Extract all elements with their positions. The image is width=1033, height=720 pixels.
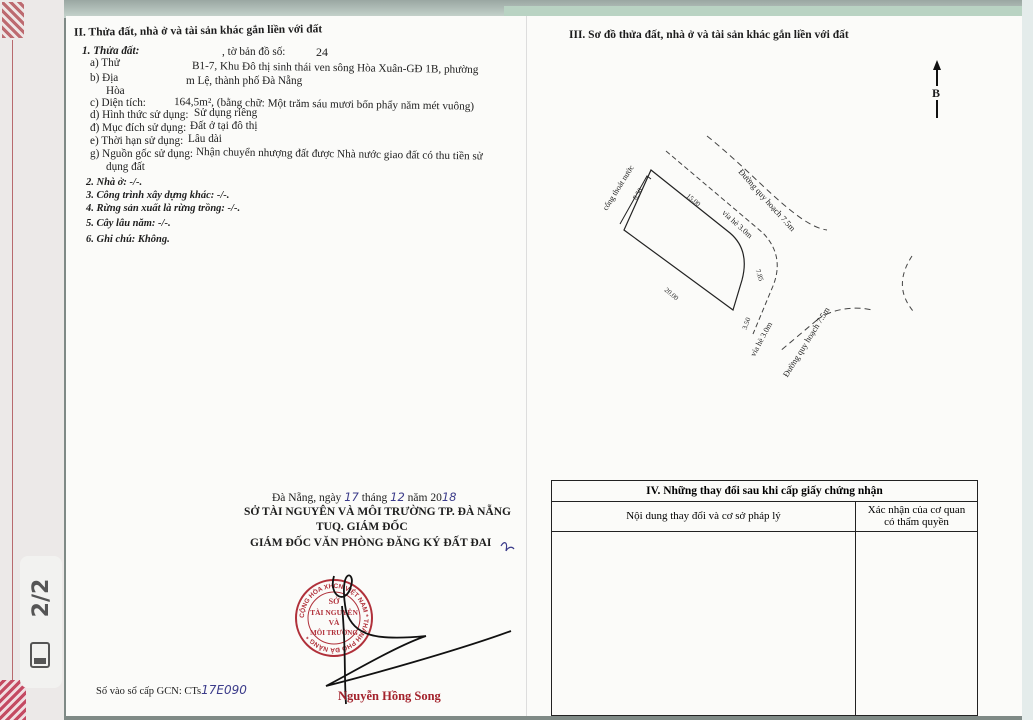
item-3-other-construction: 3. Công trình xây dựng khác: -/-. xyxy=(86,191,229,202)
item-6-notes: 6. Ghi chú: Không. xyxy=(86,235,170,246)
column-divider xyxy=(855,501,856,715)
decorative-border-pattern xyxy=(2,2,24,38)
item-b-label: b) Địa xyxy=(90,73,118,84)
date-day: 17 xyxy=(344,490,359,504)
map-sheet-number: 24 xyxy=(316,46,328,58)
authority-tuq: TUQ. GIÁM ĐỐC xyxy=(316,522,408,534)
origin-value-line-2: dụng đất xyxy=(106,162,145,173)
authority-name: SỞ TÀI NGUYÊN VÀ MÔI TRƯỜNG TP. ĐÀ NẴNG xyxy=(244,507,511,519)
usage-form-value: Sử dụng riêng xyxy=(194,108,257,119)
map-sheet-label: , tờ bản đồ số: xyxy=(222,47,285,58)
certificate-page-left: II. Thửa đất, nhà ở và tài sản khác gắn … xyxy=(66,16,527,716)
item-c-label: c) Diện tích: xyxy=(90,98,146,109)
book-pages-icon xyxy=(30,642,50,668)
date-prefix: Đà Nẵng, ngày xyxy=(272,492,341,504)
item-d2-label: đ) Mục đích sử dụng: xyxy=(90,123,186,134)
item-d1-label: d) Hình thức sử dụng: xyxy=(90,110,189,121)
registry-label: Số vào sổ cấp GCN: CTs xyxy=(96,686,201,697)
issue-date: Đà Nẵng, ngày 17 tháng 12 năm 2018 xyxy=(272,492,456,505)
confirmation-header-line-2: có thẩm quyền xyxy=(856,516,977,528)
date-year: 18 xyxy=(442,490,457,504)
item-4-forest: 4. Rừng sản xuất là rừng trồng: -/-. xyxy=(86,204,240,215)
address-line-2-prefix: Hòa xyxy=(106,86,125,97)
scan-right-edge xyxy=(1022,0,1033,720)
column-header-changes: Nội dung thay đổi và cơ sở pháp lý xyxy=(552,501,855,531)
registry-number: Số vào sổ cấp GCN: CTs17E090 xyxy=(96,684,247,698)
usage-purpose-value: Đất ở tại đô thị xyxy=(190,121,257,132)
item-1-label: 1. Thửa đất: xyxy=(82,46,139,57)
section-2-title: II. Thửa đất, nhà ở và tài sản khác gắn … xyxy=(74,24,322,39)
signer-name: Nguyễn Hồng Song xyxy=(338,690,441,703)
changes-table-title: IV. Những thay đổi sau khi cấp giấy chứn… xyxy=(552,481,977,502)
usage-term-value: Lâu dài xyxy=(188,134,222,145)
date-month-label: tháng xyxy=(362,492,388,504)
column-header-confirmation: Xác nhận của cơ quan có thẩm quyền xyxy=(856,504,977,528)
item-5-perennial-trees: 5. Cây lâu năm: -/-. xyxy=(86,219,171,230)
certificate-page-right: III. Sơ đồ thửa đất, nhà ở và tài sản kh… xyxy=(527,16,1022,716)
item-e-label: e) Thời hạn sử dụng: xyxy=(90,136,183,147)
parcel-diagram xyxy=(527,16,1022,466)
address-line-1: B1-7, Khu Đô thị sinh thái ven sông Hòa … xyxy=(192,61,479,76)
changes-table-header: Nội dung thay đổi và cơ sở pháp lý Xác n… xyxy=(552,501,977,532)
date-year-label: năm 20 xyxy=(408,492,442,504)
changes-table: IV. Những thay đổi sau khi cấp giấy chứn… xyxy=(551,480,978,716)
address-line-2: m Lệ, thành phố Đà Nẵng xyxy=(186,76,302,87)
item-a-label: a) Thử xyxy=(90,58,120,69)
confirmation-header-line-1: Xác nhận của cơ quan xyxy=(856,504,977,516)
handwritten-signature xyxy=(276,536,516,706)
registry-value: 17E090 xyxy=(201,683,247,697)
date-month: 12 xyxy=(390,490,405,504)
item-g-label: g) Nguồn gốc sử dụng: xyxy=(90,149,193,160)
item-2-house: 2. Nhà ở: -/-. xyxy=(86,178,142,189)
page-indicator-button[interactable]: 2/2 xyxy=(20,556,62,688)
page-indicator-text: 2/2 xyxy=(11,581,71,615)
origin-value-line-1: Nhận chuyển nhượng đất được Nhà nước gia… xyxy=(196,147,483,163)
